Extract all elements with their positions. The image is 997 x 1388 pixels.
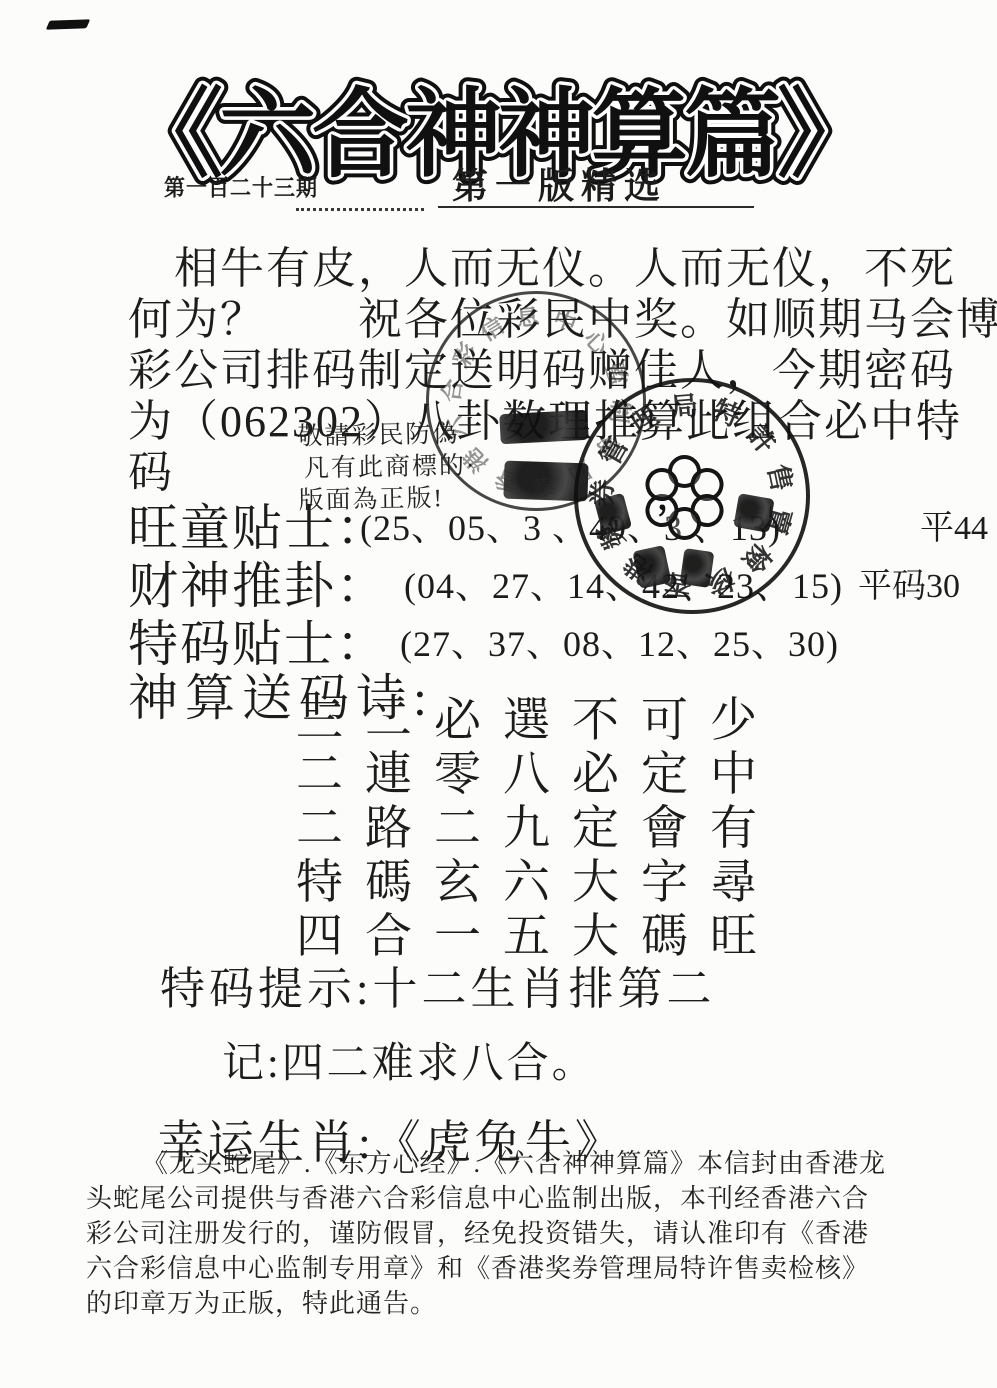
scanned-lottery-sheet: 《六合神神算篇》 《六合神神算篇》 《六合神神算篇》 第一百二十三期 第一版精选… xyxy=(0,0,997,1388)
publisher-notice: 《龙头蛇尾》.《东方心经》.《六合神神算篇》本信封由香港龙 头蛇尾公司提供与香港… xyxy=(86,1146,966,1321)
issue-number: 第一百二十三期 xyxy=(164,171,318,203)
emblem-comma: ， xyxy=(657,470,691,519)
ink-smudge-mark xyxy=(46,19,91,29)
footer-line: 《龙头蛇尾》.《东方心经》.《六合神神算篇》本信封由香港龙 xyxy=(86,1146,966,1181)
footer-line: 彩公司注册发行的，谨防假冒，经免投资错失，请认准印有《香港 xyxy=(86,1216,966,1251)
footer-line: 的印章万为正版，特此通告。 xyxy=(86,1286,966,1321)
memo-hint: 记:四二难求八合。 xyxy=(222,1030,597,1090)
footer-line: 头蛇尾公司提供与香港六合彩信息中心监制出版，本刊经香港六合 xyxy=(86,1181,966,1216)
footer-line: 六合彩信息中心监制专用章》和《香港奖券管理局特许售卖检核》 xyxy=(86,1251,966,1286)
poem-line: 特碼玄六大字尋 xyxy=(296,856,779,910)
edition-underline xyxy=(438,186,754,208)
paragraph-line: 相牛有皮，人而无仪。人而无仪，不死 xyxy=(128,243,988,294)
tip1-extra: 平44 xyxy=(920,500,988,549)
tip2-extra: 平码30 xyxy=(858,558,960,607)
lottery-bureau-stamp: 香港獎券管理局特許售賣檢核 ， xyxy=(574,378,810,614)
poem-line: 三二必選不可少 xyxy=(296,694,779,748)
poem-block: 三二必選不可少 二連零八必定中 二路二九定會有 特碼玄六大字尋 四合一五大碼旺 xyxy=(296,694,779,964)
poem-line: 二連零八必定中 xyxy=(296,748,779,802)
poem-line: 二路二九定會有 xyxy=(296,802,779,856)
tip3-numbers: (27、37、08、12、25、30) xyxy=(400,616,839,667)
issue-underline xyxy=(296,190,424,211)
special-number-hint: 特码提示:十二生肖排第二 xyxy=(160,952,716,1017)
